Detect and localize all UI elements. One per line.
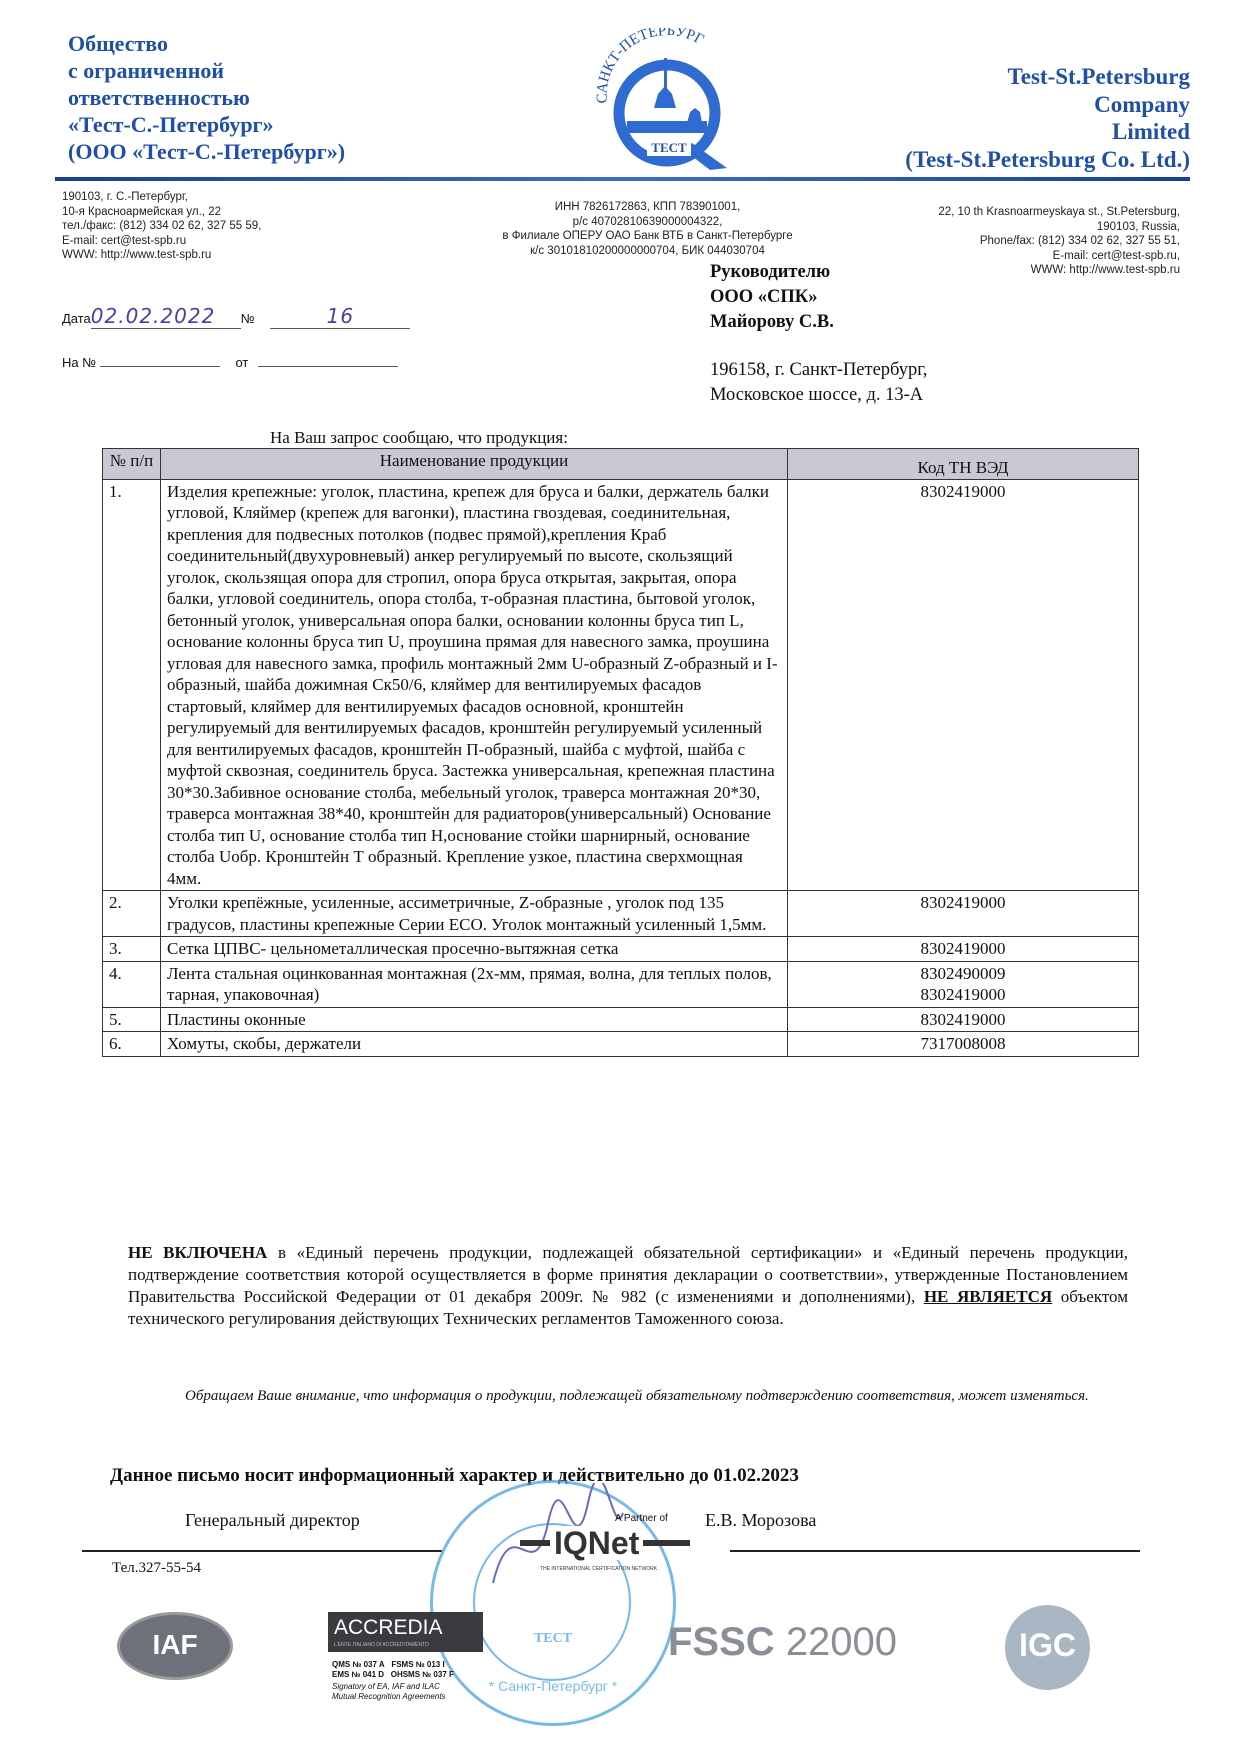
- row-num: 6.: [103, 1032, 161, 1057]
- org-name-en: Test-St.Petersburg Company Limited (Test…: [905, 63, 1190, 173]
- row-product-name: Хомуты, скобы, держатели: [161, 1032, 788, 1057]
- contact-line: 190103, Russia,: [938, 220, 1180, 235]
- footer-divider-left: [82, 1550, 442, 1552]
- contact-website: WWW: http://www.test-spb.ru: [62, 248, 261, 263]
- row-code: 8302419000: [788, 937, 1139, 962]
- iqnet-partner-label: A Partner of: [615, 1513, 668, 1524]
- header-code: Код ТН ВЭД: [788, 449, 1139, 480]
- row-num: 5.: [103, 1007, 161, 1032]
- table-row: 2. Уголки крепёжные, усиленные, ассиметр…: [103, 891, 1139, 937]
- row-product-name: Уголки крепёжные, усиленные, ассиметричн…: [161, 891, 788, 937]
- org-ru-line: с ограниченной: [68, 57, 345, 84]
- row-code: 8302490009 8302419000: [788, 961, 1139, 1007]
- letter-date-row: Дата02.02.2022№ 16: [62, 304, 410, 329]
- recipient-name: Майорову С.В.: [710, 310, 834, 335]
- igc-logo: IGC: [1005, 1605, 1090, 1690]
- row-product-name: Лента стальная оцинкованная монтажная (2…: [161, 961, 788, 1007]
- accreditation-code: OHSMS № 037 F: [391, 1670, 454, 1679]
- notice-paragraph: Обращаем Ваше внимание, что информация о…: [110, 1385, 1128, 1407]
- row-code: 8302419000: [788, 1007, 1139, 1032]
- contact-line: 190103, г. С.-Петербург,: [62, 190, 261, 205]
- bank-line: в Филиале ОПЕРУ ОАО Банк ВТБ в Санкт-Пет…: [470, 229, 825, 244]
- signatory-title: Генеральный директор: [185, 1510, 360, 1531]
- date-label: Дата: [62, 311, 91, 326]
- iaf-text: IAF: [120, 1629, 230, 1661]
- recipient-org: ООО «СПК»: [710, 285, 834, 310]
- org-en-line: (Test-St.Petersburg Co. Ltd.): [905, 146, 1190, 174]
- accredia-note-line: Signatory of EA, IAF and ILAC: [332, 1682, 446, 1692]
- intro-text: На Ваш запрос сообщаю, что продукция:: [270, 428, 568, 448]
- org-en-line: Test-St.Petersburg: [905, 63, 1190, 91]
- contacts-right: 22, 10 th Krasnoarmeyskaya st., St.Peter…: [938, 205, 1180, 278]
- table-row: 5. Пластины оконные 8302419000: [103, 1007, 1139, 1032]
- reference-row: На № от: [62, 355, 398, 370]
- contact-line: 10-я Красноармейская ул., 22: [62, 205, 261, 220]
- row-num: 2.: [103, 891, 161, 937]
- products-table: № п/п Наименование продукции Код ТН ВЭД …: [102, 448, 1139, 1057]
- recipient-block: Руководителю ООО «СПК» Майорову С.В.: [710, 260, 834, 335]
- header-product-name: Наименование продукции: [161, 449, 788, 480]
- signatory-name: Е.В. Морозова: [705, 1510, 816, 1531]
- fssc-bold: FSSC: [668, 1620, 775, 1664]
- table-row: 1. Изделия крепежные: уголок, пластина, …: [103, 479, 1139, 891]
- fssc-22000-logo: FSSC 22000: [668, 1620, 897, 1665]
- recipient-address: 196158, г. Санкт-Петербург, Московское ш…: [710, 358, 927, 408]
- row-product-name: Пластины оконные: [161, 1007, 788, 1032]
- row-product-name: Изделия крепежные: уголок, пластина, кре…: [161, 479, 788, 891]
- accredia-note-line: Mutual Recognition Agreements: [332, 1692, 446, 1702]
- bank-line: к/с 30101810200000000704, БИК 044030704: [470, 244, 825, 259]
- fssc-number: 22000: [786, 1620, 897, 1664]
- classification-paragraph: НЕ ВКЛЮЧЕНА в «Единый перечень продукции…: [128, 1242, 1128, 1330]
- accredia-title: ACCREDIA: [334, 1616, 443, 1640]
- org-ru-line: ответственностью: [68, 84, 345, 111]
- ref-number-label: На №: [62, 355, 96, 370]
- contacts-left: 190103, г. С.-Петербург, 10-я Красноарме…: [62, 190, 261, 263]
- bank-line: р/с 40702810639000004322,: [470, 215, 825, 230]
- accreditation-code: EMS № 041 D: [332, 1670, 384, 1679]
- contact-line: 22, 10 th Krasnoarmeyskaya st., St.Peter…: [938, 205, 1180, 220]
- ref-from-label: от: [235, 355, 248, 370]
- table-row: 3. Сетка ЦПВС- цельнометаллическая просе…: [103, 937, 1139, 962]
- row-num: 1.: [103, 479, 161, 891]
- org-name-ru: Общество с ограниченной ответственностью…: [68, 30, 345, 165]
- row-num: 4.: [103, 961, 161, 1007]
- date-value: 02.02.2022: [91, 304, 216, 328]
- org-ru-line: (ООО «Тест-С.-Петербург»): [68, 138, 345, 165]
- footer-divider-right: [730, 1550, 1140, 1552]
- bank-line: ИНН 7826172863, КПП 783901001,: [470, 200, 825, 215]
- iqnet-logo: A Partner of IQNet THE INTERNATIONAL CER…: [520, 1510, 700, 1580]
- org-en-line: Company: [905, 91, 1190, 119]
- row-num: 3.: [103, 937, 161, 962]
- iqnet-tagline: THE INTERNATIONAL CERTIFICATION NETWORK: [540, 1566, 657, 1572]
- q-cathedral-logo-icon: САНКТ-ПЕТЕРБУРГ ТЕСТ: [592, 28, 742, 173]
- not-included-emphasis: НЕ ВКЛЮЧЕНА: [128, 1243, 267, 1262]
- footer-phone: Тел.327-55-54: [112, 1560, 201, 1577]
- accredia-codes: QMS № 037 A FSMS № 013 I EMS № 041 D OHS…: [332, 1660, 454, 1680]
- accredia-note: Signatory of EA, IAF and ILAC Mutual Rec…: [332, 1682, 446, 1702]
- iqnet-name: IQNet: [550, 1526, 643, 1560]
- address-line: 196158, г. Санкт-Петербург,: [710, 358, 927, 383]
- row-product-name: Сетка ЦПВС- цельнометаллическая просечно…: [161, 937, 788, 962]
- accredia-logo: ACCREDIA L'ENTE ITALIANO DI ACCREDITAMEN…: [328, 1612, 483, 1652]
- contact-line: Phone/fax: (812) 334 02 62, 327 55 51,: [938, 234, 1180, 249]
- iaf-logo: IAF: [117, 1612, 233, 1680]
- number-label: №: [241, 311, 255, 326]
- letter-number: 16: [327, 304, 354, 328]
- row-code: 8302419000: [788, 479, 1139, 891]
- validity-statement: Данное письмо носит информационный харак…: [110, 1465, 799, 1487]
- recipient-title: Руководителю: [710, 260, 834, 285]
- accreditation-code: FSMS № 013 I: [391, 1660, 444, 1669]
- logo-badge: ТЕСТ: [651, 140, 687, 155]
- accreditation-code: QMS № 037 A: [332, 1660, 385, 1669]
- accredia-subtitle: L'ENTE ITALIANO DI ACCREDITAMENTO: [334, 1642, 429, 1648]
- contact-website: WWW: http://www.test-spb.ru: [938, 263, 1180, 278]
- contact-email: E-mail: cert@test-spb.ru,: [938, 249, 1180, 264]
- row-code: 8302419000: [788, 891, 1139, 937]
- header-divider: [55, 177, 1190, 181]
- header-num: № п/п: [103, 449, 161, 480]
- row-code: 7317008008: [788, 1032, 1139, 1057]
- igc-text: IGC: [1005, 1627, 1090, 1664]
- not-subject-emphasis: НЕ ЯВЛЯЕТСЯ: [924, 1287, 1052, 1306]
- table-header-row: № п/п Наименование продукции Код ТН ВЭД: [103, 449, 1139, 480]
- seal-text: * Санкт-Петербург *: [433, 1678, 673, 1694]
- bank-details: ИНН 7826172863, КПП 783901001, р/с 40702…: [470, 200, 825, 258]
- contact-email: E-mail: cert@test-spb.ru: [62, 234, 261, 249]
- table-row: 4. Лента стальная оцинкованная монтажная…: [103, 961, 1139, 1007]
- address-line: Московское шоссе, д. 13-А: [710, 383, 927, 408]
- contact-line: тел./факс: (812) 334 02 62, 327 55 59,: [62, 219, 261, 234]
- org-ru-line: Общество: [68, 30, 345, 57]
- org-en-line: Limited: [905, 118, 1190, 146]
- org-ru-line: «Тест-С.-Петербург»: [68, 111, 345, 138]
- table-row: 6. Хомуты, скобы, держатели 7317008008: [103, 1032, 1139, 1057]
